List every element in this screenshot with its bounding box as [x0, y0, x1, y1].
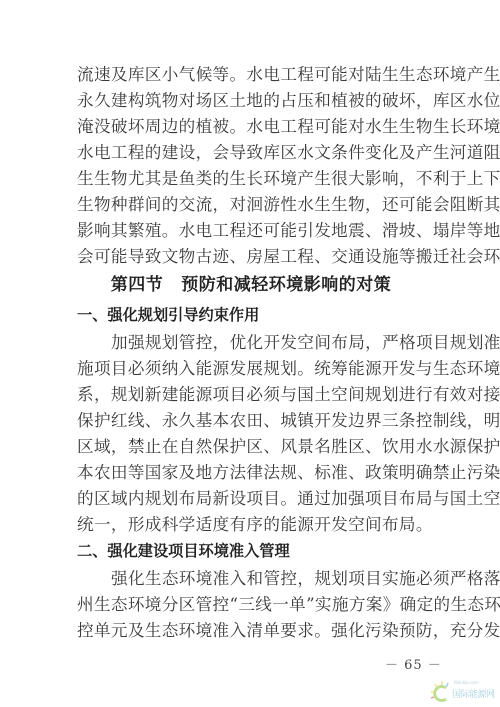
body-line: 本农田等国家及地方法律法规、标准、政策明确禁止污染类项目选址 [77, 460, 425, 486]
body-line: 施项目必须纳入能源发展规划。统筹能源开发与生态环境保护的关 [77, 356, 425, 382]
body-line: 州生态环境分区管控“三线一单”实施方案》确定的生态环境分区管 [77, 592, 425, 618]
body-line: 水电工程的建设，会导致库区水文条件变化及产生河道阻隔，会对水 [77, 140, 425, 166]
watermark-text: 国际能源网 [452, 687, 495, 700]
body-line: 永久建构筑物对场区土地的占压和植被的破坏，库区水位上涨，也会 [77, 88, 425, 114]
paragraph-first-line: 加强规划管控，优化开发空间布局，严格项目规划准入条件，实 [77, 330, 425, 356]
body-line: 会可能导致文物古迹、房屋工程、交通设施等搬迁社会环境影响。 [77, 244, 425, 270]
sun-logo-icon [430, 680, 454, 704]
body-line: 保护红线、永久基本农田、城镇开发边界三条控制线，明确限制开发 [77, 408, 425, 434]
watermark-logo: hhh.bjx.com 国际能源网 [430, 680, 498, 704]
body-line: 区域，禁止在自然保护区、风景名胜区、饮用水水源保护区和永久基 [77, 434, 425, 460]
body-line: 的区域内规划布局新设项目。通过加强项目布局与国土空间规划协调 [77, 486, 425, 512]
body-line: 统一，形成科学适度有序的能源开发空间布局。 [77, 512, 425, 538]
page-number: － 65 － [385, 654, 442, 673]
document-page: 流速及库区小气候等。水电工程可能对陆生生态环境产生影响，库区 永久建构筑物对场区… [77, 62, 425, 644]
body-line: 控单元及生态环境准入清单要求。强化污染预防，充分发挥建设项目 [77, 618, 425, 644]
body-line: 影响其繁殖。水电工程还可能引发地震、滑坡、塌岸等地质灾害，还 [77, 218, 425, 244]
section-number: 第四节 [111, 275, 164, 295]
watermark-url: hhh.bjx.com [454, 680, 479, 685]
body-line: 系，规划新建能源项目必须与国土空间规划进行有效对接，严守生态 [77, 382, 425, 408]
paragraph-first-line: 强化生态环境准入和管控，规划项目实施必须严格落实《黔西南 [77, 566, 425, 592]
section-title: 第四节预防和减轻环境影响的对策 [77, 272, 425, 302]
body-line: 生物种群间的交流，对洄游性水生生物，还可能会阻断其洄游通道， [77, 192, 425, 218]
subsection-heading-2: 二、强化建设项目环境准入管理 [77, 538, 425, 566]
section-title-text: 预防和减轻环境影响的对策 [181, 275, 391, 295]
body-line: 流速及库区小气候等。水电工程可能对陆生生态环境产生影响，库区 [77, 62, 425, 88]
body-line: 淹没破坏周边的植被。水电工程可能对水生生物生长环境产生影响。 [77, 114, 425, 140]
subsection-heading-1: 一、强化规划引导约束作用 [77, 302, 425, 330]
body-line: 生生物尤其是鱼类的生长环境产生很大影响，不利于上下游河段水生 [77, 166, 425, 192]
